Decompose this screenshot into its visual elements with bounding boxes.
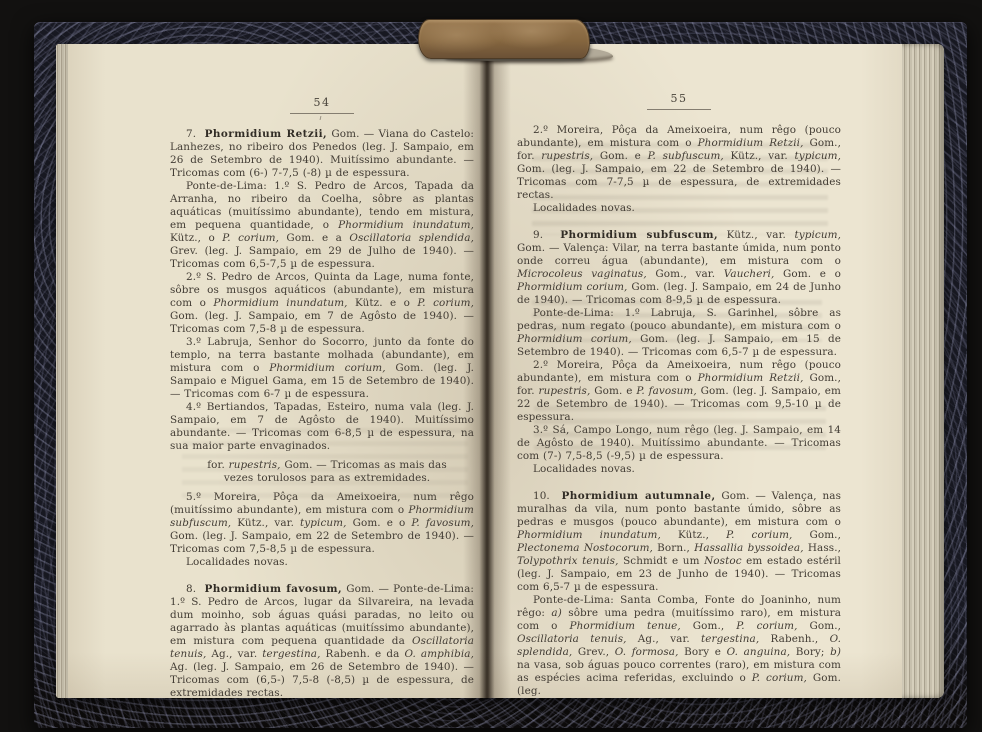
paragraph-localidades: Localidades novas. (517, 202, 841, 215)
right-page-edge-stack (902, 44, 944, 698)
paragraph: 2.º S. Pedro de Arcos, Quinta da Lage, n… (170, 271, 474, 336)
open-book-photo: 54 7. Phormidium Retzii, Gom. — Viana do… (0, 0, 982, 732)
paragraph: Ponte-de-Lima: Santa Comba, Fonte do Joa… (517, 594, 841, 698)
left-page-number-rule (290, 113, 354, 114)
paragraph-species-10: 10. Phormidium autumnale, Gom. — Valença… (517, 490, 841, 594)
spine-tape-repair (418, 19, 590, 59)
rule-tick (320, 116, 322, 120)
paragraph: Ponte-de-Lima: 1.º Labruja, S. Garinhel,… (517, 307, 841, 359)
right-page-number-rule (647, 109, 711, 110)
paragraph-forma-note: for. rupestris, Gom. — Tricomas as mais … (170, 459, 474, 485)
paragraph: 2.º Moreira, Pôça da Ameixoeira, num rêg… (517, 124, 841, 202)
paragraph-localidades: Localidades novas. (170, 556, 474, 569)
paragraph: 5.º Moreira, Pôça da Ameixoeira, num rêg… (170, 491, 474, 556)
paragraph: 2.º Moreira, Pôça da Ameixoeira, num rêg… (517, 359, 841, 424)
left-page-edge-stack (56, 44, 68, 698)
right-page-number: 55 (517, 92, 841, 105)
right-page-content: 55 2.º Moreira, Pôça da Ameixoeira, num … (517, 92, 841, 698)
left-page-number: 54 (170, 96, 474, 109)
paragraph: Ponte-de-Lima: 1.º S. Pedro de Arcos, Ta… (170, 180, 474, 271)
left-page-content: 54 7. Phormidium Retzii, Gom. — Viana do… (170, 96, 474, 700)
paragraph-species-8: 8. Phormidium favosum, Gom. — Ponte-de-L… (170, 583, 474, 700)
paragraph-species-7: 7. Phormidium Retzii, Gom. — Viana do Ca… (170, 128, 474, 180)
paragraph: 3.º Labruja, Senhor do Socorro, junto da… (170, 336, 474, 401)
paragraph: 3.º Sá, Campo Longo, num rêgo (leg. J. S… (517, 424, 841, 463)
paragraph-localidades: Localidades novas. (517, 463, 841, 476)
paragraph: 4.º Bertiandos, Tapadas, Esteiro, numa v… (170, 401, 474, 453)
paragraph-species-9: 9. Phormidium subfuscum, Kütz., var. typ… (517, 229, 841, 307)
